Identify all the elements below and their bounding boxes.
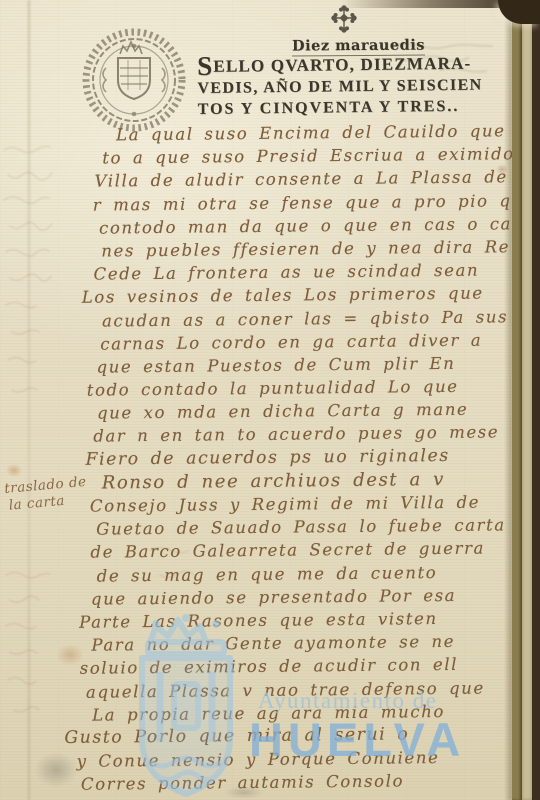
manuscript-line: que auiendo se presentado Por esa [63, 583, 519, 611]
drop-capital: S [197, 51, 214, 81]
page-edge-olive [512, 0, 522, 800]
manuscript-line: aquella Plassa v nao trae defenso que [64, 676, 520, 704]
manuscript-line: de Barco Galearreta Secret de guerra [62, 537, 518, 565]
printed-header: SELLO QVARTO, DIEZMARA- VEDIS, AÑO DE MI… [197, 52, 516, 120]
binding-dark-edge [532, 0, 540, 800]
stain-spot [6, 464, 22, 477]
manuscript-page: Diez marauedis SELLO QVARTO, DIEZMARA- V… [0, 0, 540, 800]
royal-seal-stamp-icon [80, 24, 188, 136]
printed-header-line2: VEDIS, AÑO DE MIL Y SEISCIEN [197, 74, 515, 99]
fold-crease [28, 0, 30, 800]
manuscript-body: La qual suso Encima del Cauildo que a te… [58, 119, 521, 796]
cross-ornament-icon [331, 5, 357, 33]
manuscript-line: Fiero de acuerdos ps uo riginales [61, 444, 517, 472]
page-edge-tan [522, 0, 532, 800]
page-edge-shadow [504, 0, 512, 800]
manuscript-line: Corres ponder autamis Consolo [65, 768, 521, 796]
printed-header-line3: TOS Y CINQVENTA Y TRES.. [198, 95, 516, 120]
